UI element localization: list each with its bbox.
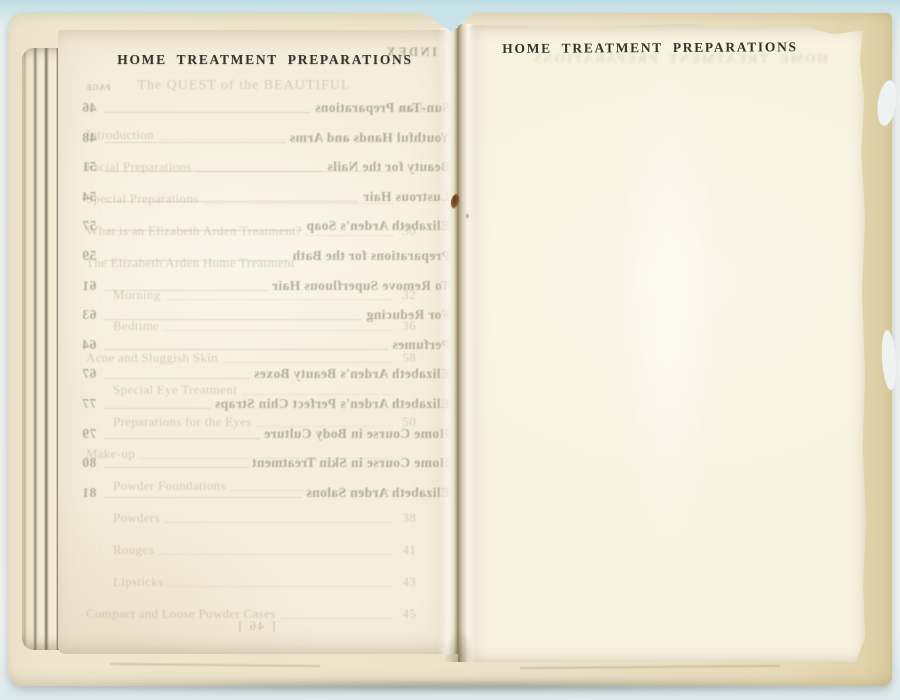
right-page-header: HOME TREATMENT PREPARATIONS <box>464 39 866 57</box>
ghost-index-row: Elizabeth Arden's Beauty Boxes 67 <box>82 366 450 382</box>
ghost-index-row: To Remove Superfluous Hair 61 <box>82 278 450 294</box>
ghost-index-row: Home Course in Skin Treatment 80 <box>82 455 450 471</box>
ghost-entry-page-number: 48 <box>82 130 100 146</box>
ghost-index-row: For Reducing 63 <box>82 307 450 323</box>
leader-dots <box>105 201 358 202</box>
ghost-index-row: Perfumes 64 <box>82 337 450 353</box>
ghost-entry-page-number: 51 <box>82 159 100 175</box>
ghost-index-row: Sun-Tan Preparations 46 <box>82 100 450 116</box>
ghost-entry-page-number: 64 <box>82 337 100 353</box>
ghost-folio-number: [ 46 ] <box>216 619 296 634</box>
ghost-index-row: Elizabeth Arden's Perfect Chin Straps 77 <box>82 396 450 412</box>
leader-dots <box>105 349 387 350</box>
leader-dots <box>105 171 322 172</box>
leader-dots <box>105 497 301 498</box>
scanned-book-spread: HOME TREATMENT PREPARATIONS The QUEST of… <box>0 0 900 700</box>
leader-dots <box>105 230 301 231</box>
ghost-index-row: Home Course in Body Culture 79 <box>82 426 450 442</box>
ghost-entry-page-number: 67 <box>82 366 100 382</box>
ghost-entry-page-number: 46 <box>82 100 100 116</box>
ghost-entry-title: Preparations for the Bath <box>292 248 450 264</box>
ghost-entry-page-number: 80 <box>82 455 100 471</box>
ghost-entry-page-number: 54 <box>82 189 100 205</box>
leader-dots <box>105 142 285 143</box>
leader-dots <box>105 260 287 261</box>
ghost-index-row: Beauty for the Nails 51 <box>82 159 450 175</box>
ghost-entry-page-number: 57 <box>82 218 100 234</box>
leader-dots <box>105 408 210 409</box>
ghost-index-row: Youthful Hands and Arms 48 <box>82 130 450 146</box>
leader-dots <box>105 290 267 291</box>
ghost-entry-title: Home Course in Body Culture <box>264 426 450 442</box>
leader-dots <box>105 378 249 379</box>
ghost-index-row: Lustrous Hair 54 <box>82 189 450 205</box>
ghost-entry-title: Youthful Hands and Arms <box>290 130 450 146</box>
ghost-entry-page-number: 61 <box>82 278 100 294</box>
gutter-bottom-shadow <box>444 628 474 662</box>
ghost-entry-page-number: 59 <box>82 248 100 264</box>
ghost-entry-title: Beauty for the Nails <box>327 159 450 175</box>
ghost-index-mirrored-layer: INDEX PAGE Sun-Tan Preparations 46 Youth… <box>82 30 450 640</box>
ghost-entry-title: Elizabeth Arden Salons <box>306 485 450 501</box>
small-stain-speck <box>466 214 469 218</box>
book-drop-shadow <box>40 680 860 692</box>
leader-dots <box>105 438 259 439</box>
ghost-page-column-label: PAGE <box>85 82 110 92</box>
ghost-entry-title: To Remove Superfluous Hair <box>272 278 450 294</box>
ghost-index-row: Preparations for the Bath 59 <box>82 248 450 264</box>
leader-dots <box>105 467 247 468</box>
ghost-entry-title: Elizabeth Arden's Beauty Boxes <box>254 366 450 382</box>
ghost-entry-page-number: 77 <box>82 396 100 412</box>
ghost-entry-title: Home Course in Skin Treatment <box>252 455 450 471</box>
ghost-entry-page-number: 81 <box>82 485 100 501</box>
ghost-entry-title: Elizabeth Arden's Perfect Chin Straps <box>215 396 450 412</box>
leader-dots <box>105 319 361 320</box>
gutter-shadow-left <box>438 28 458 654</box>
gutter-shadow-right <box>458 24 476 662</box>
leader-dots <box>105 112 310 113</box>
ghost-index-row: Elizabeth Arden's Soap 57 <box>82 218 450 234</box>
left-page: HOME TREATMENT PREPARATIONS The QUEST of… <box>58 30 456 654</box>
ghost-entry-title: Sun-Tan Preparations <box>315 100 450 116</box>
right-page: HOME TREATMENT PREPARATIONS HOME TREATME… <box>464 24 866 662</box>
ghost-index-heading: INDEX <box>384 45 437 60</box>
ghost-entry-title: Elizabeth Arden's Soap <box>306 218 450 234</box>
ghost-index-row: Elizabeth Arden Salons 81 <box>82 485 450 501</box>
ghost-entry-page-number: 63 <box>82 307 100 323</box>
ghost-entry-page-number: 79 <box>82 426 100 442</box>
ghost-entry-title: Lustrous Hair <box>363 189 450 205</box>
